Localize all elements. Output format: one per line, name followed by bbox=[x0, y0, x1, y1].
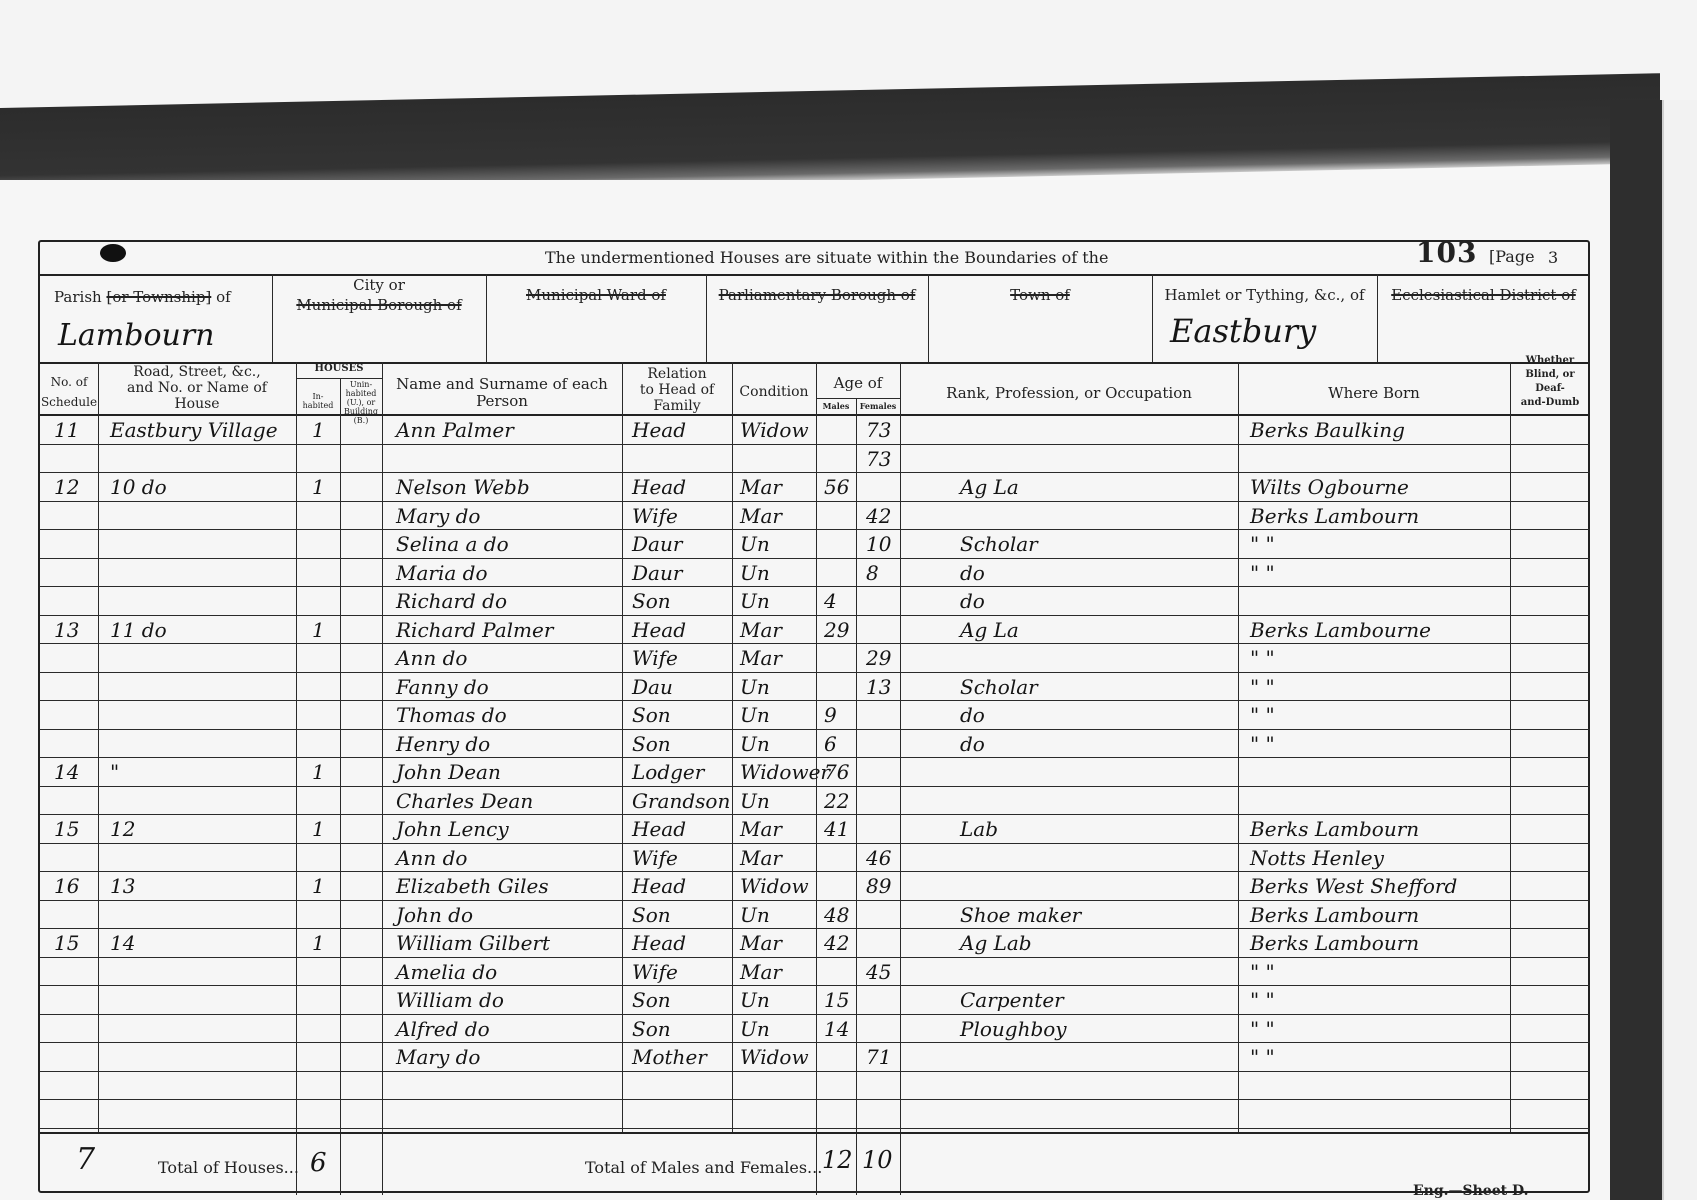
cell-house: 11 do bbox=[110, 618, 167, 642]
cell-male-age: 14 bbox=[824, 1017, 849, 1041]
cell-born: Berks Baulking bbox=[1250, 418, 1405, 442]
cell-female-age: 8 bbox=[866, 561, 879, 585]
cell-inhabited: 1 bbox=[312, 874, 325, 898]
total-persons-label: Total of Males and Females... bbox=[585, 1158, 822, 1177]
cell-born: Berks Lambourne bbox=[1250, 618, 1431, 642]
col-blind-l2: Blind, or Deaf- bbox=[1510, 368, 1590, 396]
cell-condition: Mar bbox=[740, 960, 782, 984]
cell-female-age: 42 bbox=[866, 504, 891, 528]
cell-house: Eastbury Village bbox=[110, 418, 278, 442]
cell-schedule: 16 bbox=[54, 874, 79, 898]
cell-relation: Head bbox=[632, 475, 686, 499]
ecclesiastical-label: Ecclesiastical District of bbox=[1377, 286, 1590, 304]
cell-name: Henry do bbox=[396, 732, 490, 756]
col-road-l3: House bbox=[98, 396, 296, 412]
cell-condition: Mar bbox=[740, 931, 782, 955]
rule bbox=[296, 378, 382, 379]
cell-name: John do bbox=[396, 903, 473, 927]
cell-inhabited: 1 bbox=[312, 618, 325, 642]
cell-female-age: 73 bbox=[866, 418, 891, 442]
col-houses: HOUSES bbox=[296, 363, 382, 374]
table-row: Alfred do Son Un 14 Ploughboy " " bbox=[40, 1015, 1592, 1044]
cell-condition: Un bbox=[740, 732, 770, 756]
town-label: Town of bbox=[928, 286, 1152, 304]
cell-born: Wilts Ogbourne bbox=[1250, 475, 1409, 499]
rule bbox=[816, 398, 900, 399]
cell-name: Fanny do bbox=[396, 675, 489, 699]
table-row: Thomas do Son Un 9 do " " bbox=[40, 701, 1592, 730]
cell-relation: Head bbox=[632, 874, 686, 898]
table-row: Mary do Wife Mar 42 Berks Lambourn bbox=[40, 502, 1592, 531]
col-name-l1: Name and Surname of each bbox=[382, 376, 622, 393]
cell-condition: Un bbox=[740, 561, 770, 585]
cell-name: Elizabeth Giles bbox=[396, 874, 549, 898]
cell-male-age: 42 bbox=[824, 931, 849, 955]
cell-condition: Mar bbox=[740, 817, 782, 841]
cell-condition: Un bbox=[740, 703, 770, 727]
cell-relation: Daur bbox=[632, 561, 682, 585]
total-houses-value: 6 bbox=[310, 1148, 327, 1178]
col-relation-l1: Relation bbox=[622, 366, 732, 382]
cell-condition: Mar bbox=[740, 618, 782, 642]
cell-born: " " bbox=[1250, 1045, 1275, 1069]
cell-inhabited: 1 bbox=[312, 418, 325, 442]
cell-male-age: 4 bbox=[824, 589, 837, 613]
cell-female-age: 13 bbox=[866, 675, 891, 699]
col-uninhabited-l3: (U.), or bbox=[340, 398, 382, 407]
cell-relation: Son bbox=[632, 903, 671, 927]
cell-condition: Widow bbox=[740, 874, 809, 898]
cell-relation: Mother bbox=[632, 1045, 707, 1069]
cell-name: Ann do bbox=[396, 646, 467, 670]
cell-born: " " bbox=[1250, 960, 1275, 984]
table-row: Ann do Wife Mar 46 Notts Henley bbox=[40, 844, 1592, 873]
table-row: 73 bbox=[40, 445, 1592, 474]
col-blind-l3: and-Dumb bbox=[1510, 396, 1590, 410]
cell-condition: Un bbox=[740, 903, 770, 927]
sheet-mark: Eng.—Sheet D. bbox=[1413, 1183, 1528, 1199]
city-label-2: Municipal Borough of bbox=[272, 296, 486, 314]
cell-occupation: Ag Lab bbox=[960, 931, 1032, 955]
hamlet-label: Hamlet or Tything, &c., of bbox=[1152, 286, 1377, 304]
cell-born: " " bbox=[1250, 532, 1275, 556]
cell-inhabited: 1 bbox=[312, 817, 325, 841]
cell-name: Ann do bbox=[396, 846, 467, 870]
cell-name: Ann Palmer bbox=[396, 418, 514, 442]
cell-relation: Dau bbox=[632, 675, 673, 699]
table-row bbox=[40, 1100, 1592, 1129]
cell-condition: Un bbox=[740, 589, 770, 613]
cell-schedule: 11 bbox=[54, 418, 79, 442]
cell-schedule: 15 bbox=[54, 817, 79, 841]
cell-born: " " bbox=[1250, 703, 1275, 727]
col-age: Age of bbox=[816, 374, 900, 392]
table-row: 13 11 do 1 Richard Palmer Head Mar 29 Ag… bbox=[40, 616, 1592, 645]
cell-relation: Son bbox=[632, 732, 671, 756]
cell-relation: Grandson bbox=[632, 789, 730, 813]
table-row: John do Son Un 48 Shoe maker Berks Lambo… bbox=[40, 901, 1592, 930]
cell-relation: Son bbox=[632, 589, 671, 613]
col-relation: Relation to Head of Family bbox=[622, 366, 732, 414]
cell-female-age: 73 bbox=[866, 447, 891, 471]
cell-born: Berks Lambourn bbox=[1250, 931, 1419, 955]
cell-condition: Widower bbox=[740, 760, 830, 784]
total-houses-label: Total of Houses... bbox=[158, 1158, 299, 1177]
cell-relation: Wife bbox=[632, 960, 678, 984]
ward-label: Municipal Ward of bbox=[486, 286, 706, 304]
col-relation-l3: Family bbox=[622, 398, 732, 414]
table-row: Maria do Daur Un 8 do " " bbox=[40, 559, 1592, 588]
table-row bbox=[40, 1072, 1592, 1101]
page-label: [Page bbox=[1489, 247, 1535, 266]
cell-schedule: 12 bbox=[54, 475, 79, 499]
cell-relation: Lodger bbox=[632, 760, 704, 784]
col-condition: Condition bbox=[732, 384, 816, 400]
cell-born: Berks Lambourn bbox=[1250, 903, 1419, 927]
cell-condition: Un bbox=[740, 988, 770, 1012]
cell-relation: Son bbox=[632, 1017, 671, 1041]
cell-condition: Mar bbox=[740, 504, 782, 528]
cell-born: Berks Lambourn bbox=[1250, 504, 1419, 528]
cell-relation: Wife bbox=[632, 504, 678, 528]
cell-condition: Un bbox=[740, 789, 770, 813]
cell-name: Richard Palmer bbox=[396, 618, 553, 642]
col-uninhabited-l1: Unin- bbox=[340, 380, 382, 389]
table-row: Selina a do Daur Un 10 Scholar " " bbox=[40, 530, 1592, 559]
total-males: 12 bbox=[822, 1146, 853, 1174]
cell-occupation: Scholar bbox=[960, 675, 1038, 699]
cell-house: " bbox=[110, 760, 119, 784]
col-road-l2: and No. or Name of bbox=[98, 380, 296, 396]
census-form: The undermentioned Houses are situate wi… bbox=[38, 240, 1590, 1193]
col-schedule-l1: No. of bbox=[40, 372, 98, 392]
cell-born: " " bbox=[1250, 646, 1275, 670]
cell-occupation: Lab bbox=[960, 817, 998, 841]
cell-born: Berks Lambourn bbox=[1250, 817, 1419, 841]
cell-relation: Wife bbox=[632, 846, 678, 870]
cell-male-age: 22 bbox=[824, 789, 849, 813]
page-stamp: 103 bbox=[1416, 236, 1477, 269]
cell-female-age: 89 bbox=[866, 874, 891, 898]
col-relation-l2: to Head of bbox=[622, 382, 732, 398]
cell-name: Mary do bbox=[396, 1045, 480, 1069]
cell-condition: Un bbox=[740, 675, 770, 699]
cell-occupation: Scholar bbox=[960, 532, 1038, 556]
parish-label-prefix: Parish bbox=[54, 288, 102, 306]
parish-value: Lambourn bbox=[58, 318, 215, 353]
table-row: Charles Dean Grandson Un 22 bbox=[40, 787, 1592, 816]
total-schedules: 7 bbox=[76, 1142, 95, 1177]
table-row: 16 13 1 Elizabeth Giles Head Widow 89 Be… bbox=[40, 872, 1592, 901]
cell-female-age: 10 bbox=[866, 532, 891, 556]
cell-born: " " bbox=[1250, 988, 1275, 1012]
cell-born: Notts Henley bbox=[1250, 846, 1384, 870]
table-row: 15 12 1 John Lency Head Mar 41 Lab Berks… bbox=[40, 815, 1592, 844]
parish-label: Parish [or Township] of bbox=[54, 288, 231, 306]
cell-male-age: 56 bbox=[824, 475, 849, 499]
cell-occupation: Ag La bbox=[960, 618, 1019, 642]
col-inhabited: In- habited bbox=[296, 392, 340, 410]
col-occupation: Rank, Profession, or Occupation bbox=[900, 384, 1238, 402]
cell-relation: Head bbox=[632, 817, 686, 841]
table-row: Henry do Son Un 6 do " " bbox=[40, 730, 1592, 759]
cell-name: Maria do bbox=[396, 561, 487, 585]
col-road-l1: Road, Street, &c., bbox=[98, 364, 296, 380]
col-inhabited-l2: habited bbox=[296, 401, 340, 410]
col-inhabited-l1: In- bbox=[296, 392, 340, 401]
cell-house: 13 bbox=[110, 874, 135, 898]
col-schedule: No. of Schedule bbox=[40, 372, 98, 412]
cell-name: Amelia do bbox=[396, 960, 497, 984]
cell-schedule: 15 bbox=[54, 931, 79, 955]
cell-relation: Head bbox=[632, 418, 686, 442]
cell-occupation: do bbox=[960, 732, 985, 756]
table-row: Fanny do Dau Un 13 Scholar " " bbox=[40, 673, 1592, 702]
cell-occupation: Ploughboy bbox=[960, 1017, 1067, 1041]
cell-house: 14 bbox=[110, 931, 135, 955]
cell-name: John Lency bbox=[396, 817, 509, 841]
cell-male-age: 48 bbox=[824, 903, 849, 927]
cell-relation: Head bbox=[632, 618, 686, 642]
col-blind: Whether Blind, or Deaf- and-Dumb bbox=[1510, 354, 1590, 410]
cell-house: 12 bbox=[110, 817, 135, 841]
cell-name: Selina a do bbox=[396, 532, 509, 556]
cell-condition: Mar bbox=[740, 646, 782, 670]
table-row: Mary do Mother Widow 71 " " bbox=[40, 1043, 1592, 1072]
cell-male-age: 41 bbox=[824, 817, 849, 841]
cell-inhabited: 1 bbox=[312, 475, 325, 499]
ink-blot bbox=[100, 244, 126, 262]
scan-shadow-right bbox=[1610, 100, 1662, 1200]
col-males: Males bbox=[816, 402, 856, 411]
cell-female-age: 29 bbox=[866, 646, 891, 670]
cell-inhabited: 1 bbox=[312, 931, 325, 955]
cell-condition: Un bbox=[740, 532, 770, 556]
cell-occupation: do bbox=[960, 561, 985, 585]
cell-born: " " bbox=[1250, 1017, 1275, 1041]
cell-condition: Mar bbox=[740, 475, 782, 499]
cell-relation: Daur bbox=[632, 532, 682, 556]
cell-born: " " bbox=[1250, 675, 1275, 699]
parish-label-struck: [or Township] bbox=[106, 288, 211, 306]
cell-relation: Head bbox=[632, 931, 686, 955]
title-line: The undermentioned Houses are situate wi… bbox=[545, 248, 1108, 267]
cell-relation: Wife bbox=[632, 646, 678, 670]
cell-born: " " bbox=[1250, 732, 1275, 756]
cell-condition: Widow bbox=[740, 418, 809, 442]
cell-name: Nelson Webb bbox=[396, 475, 530, 499]
cell-occupation: Carpenter bbox=[960, 988, 1064, 1012]
cell-female-age: 46 bbox=[866, 846, 891, 870]
parish-label-suffix: of bbox=[216, 288, 231, 306]
cell-name: Richard do bbox=[396, 589, 507, 613]
col-uninhabited-l2: habited bbox=[340, 389, 382, 398]
city-label-1: City or bbox=[272, 276, 486, 294]
cell-male-age: 15 bbox=[824, 988, 849, 1012]
cell-male-age: 9 bbox=[824, 703, 837, 727]
col-schedule-l2: Schedule bbox=[40, 392, 98, 412]
cell-name: Alfred do bbox=[396, 1017, 490, 1041]
cell-male-age: 6 bbox=[824, 732, 837, 756]
cell-born: Berks West Shefford bbox=[1250, 874, 1457, 898]
cell-name: Mary do bbox=[396, 504, 480, 528]
col-name: Name and Surname of each Person bbox=[382, 376, 622, 410]
col-road: Road, Street, &c., and No. or Name of Ho… bbox=[98, 364, 296, 412]
scan-page-edge bbox=[1662, 100, 1697, 1200]
cell-condition: Mar bbox=[740, 846, 782, 870]
cell-male-age: 76 bbox=[824, 760, 849, 784]
cell-name: Charles Dean bbox=[396, 789, 533, 813]
cell-condition: Widow bbox=[740, 1045, 809, 1069]
cell-name: Thomas do bbox=[396, 703, 507, 727]
table-row: Ann do Wife Mar 29 " " bbox=[40, 644, 1592, 673]
cell-male-age: 29 bbox=[824, 618, 849, 642]
cell-female-age: 45 bbox=[866, 960, 891, 984]
col-born: Where Born bbox=[1238, 384, 1510, 402]
cell-schedule: 14 bbox=[54, 760, 79, 784]
table-row: William do Son Un 15 Carpenter " " bbox=[40, 986, 1592, 1015]
page-number: 3 bbox=[1548, 248, 1558, 267]
table-row: 15 14 1 William Gilbert Head Mar 42 Ag L… bbox=[40, 929, 1592, 958]
table-row: 12 10 do 1 Nelson Webb Head Mar 56 Ag La… bbox=[40, 473, 1592, 502]
row-rule bbox=[40, 1128, 1590, 1129]
table-row: Amelia do Wife Mar 45 " " bbox=[40, 958, 1592, 987]
cell-house: 10 do bbox=[110, 475, 167, 499]
cell-condition: Un bbox=[740, 1017, 770, 1041]
parliamentary-label: Parliamentary Borough of bbox=[706, 286, 928, 304]
cell-occupation: Ag La bbox=[960, 475, 1019, 499]
col-blind-l1: Whether bbox=[1510, 354, 1590, 368]
col-name-l2: Person bbox=[382, 393, 622, 410]
col-females: Females bbox=[856, 402, 900, 411]
cell-name: William do bbox=[396, 988, 504, 1012]
cell-relation: Son bbox=[632, 988, 671, 1012]
cell-relation: Son bbox=[632, 703, 671, 727]
table-row: Richard do Son Un 4 do bbox=[40, 587, 1592, 616]
cell-inhabited: 1 bbox=[312, 760, 325, 784]
rule bbox=[40, 1132, 1590, 1134]
cell-female-age: 71 bbox=[866, 1045, 891, 1069]
total-females: 10 bbox=[862, 1146, 893, 1174]
cell-name: John Dean bbox=[396, 760, 501, 784]
table-row: 14 " 1 John Dean Lodger Widower 76 bbox=[40, 758, 1592, 787]
cell-occupation: do bbox=[960, 589, 985, 613]
table-row: 11 Eastbury Village 1 Ann Palmer Head Wi… bbox=[40, 416, 1592, 445]
cell-occupation: Shoe maker bbox=[960, 903, 1081, 927]
cell-schedule: 13 bbox=[54, 618, 79, 642]
cell-born: " " bbox=[1250, 561, 1275, 585]
cell-name: William Gilbert bbox=[396, 931, 550, 955]
hamlet-value: Eastbury bbox=[1170, 312, 1316, 350]
cell-occupation: do bbox=[960, 703, 985, 727]
